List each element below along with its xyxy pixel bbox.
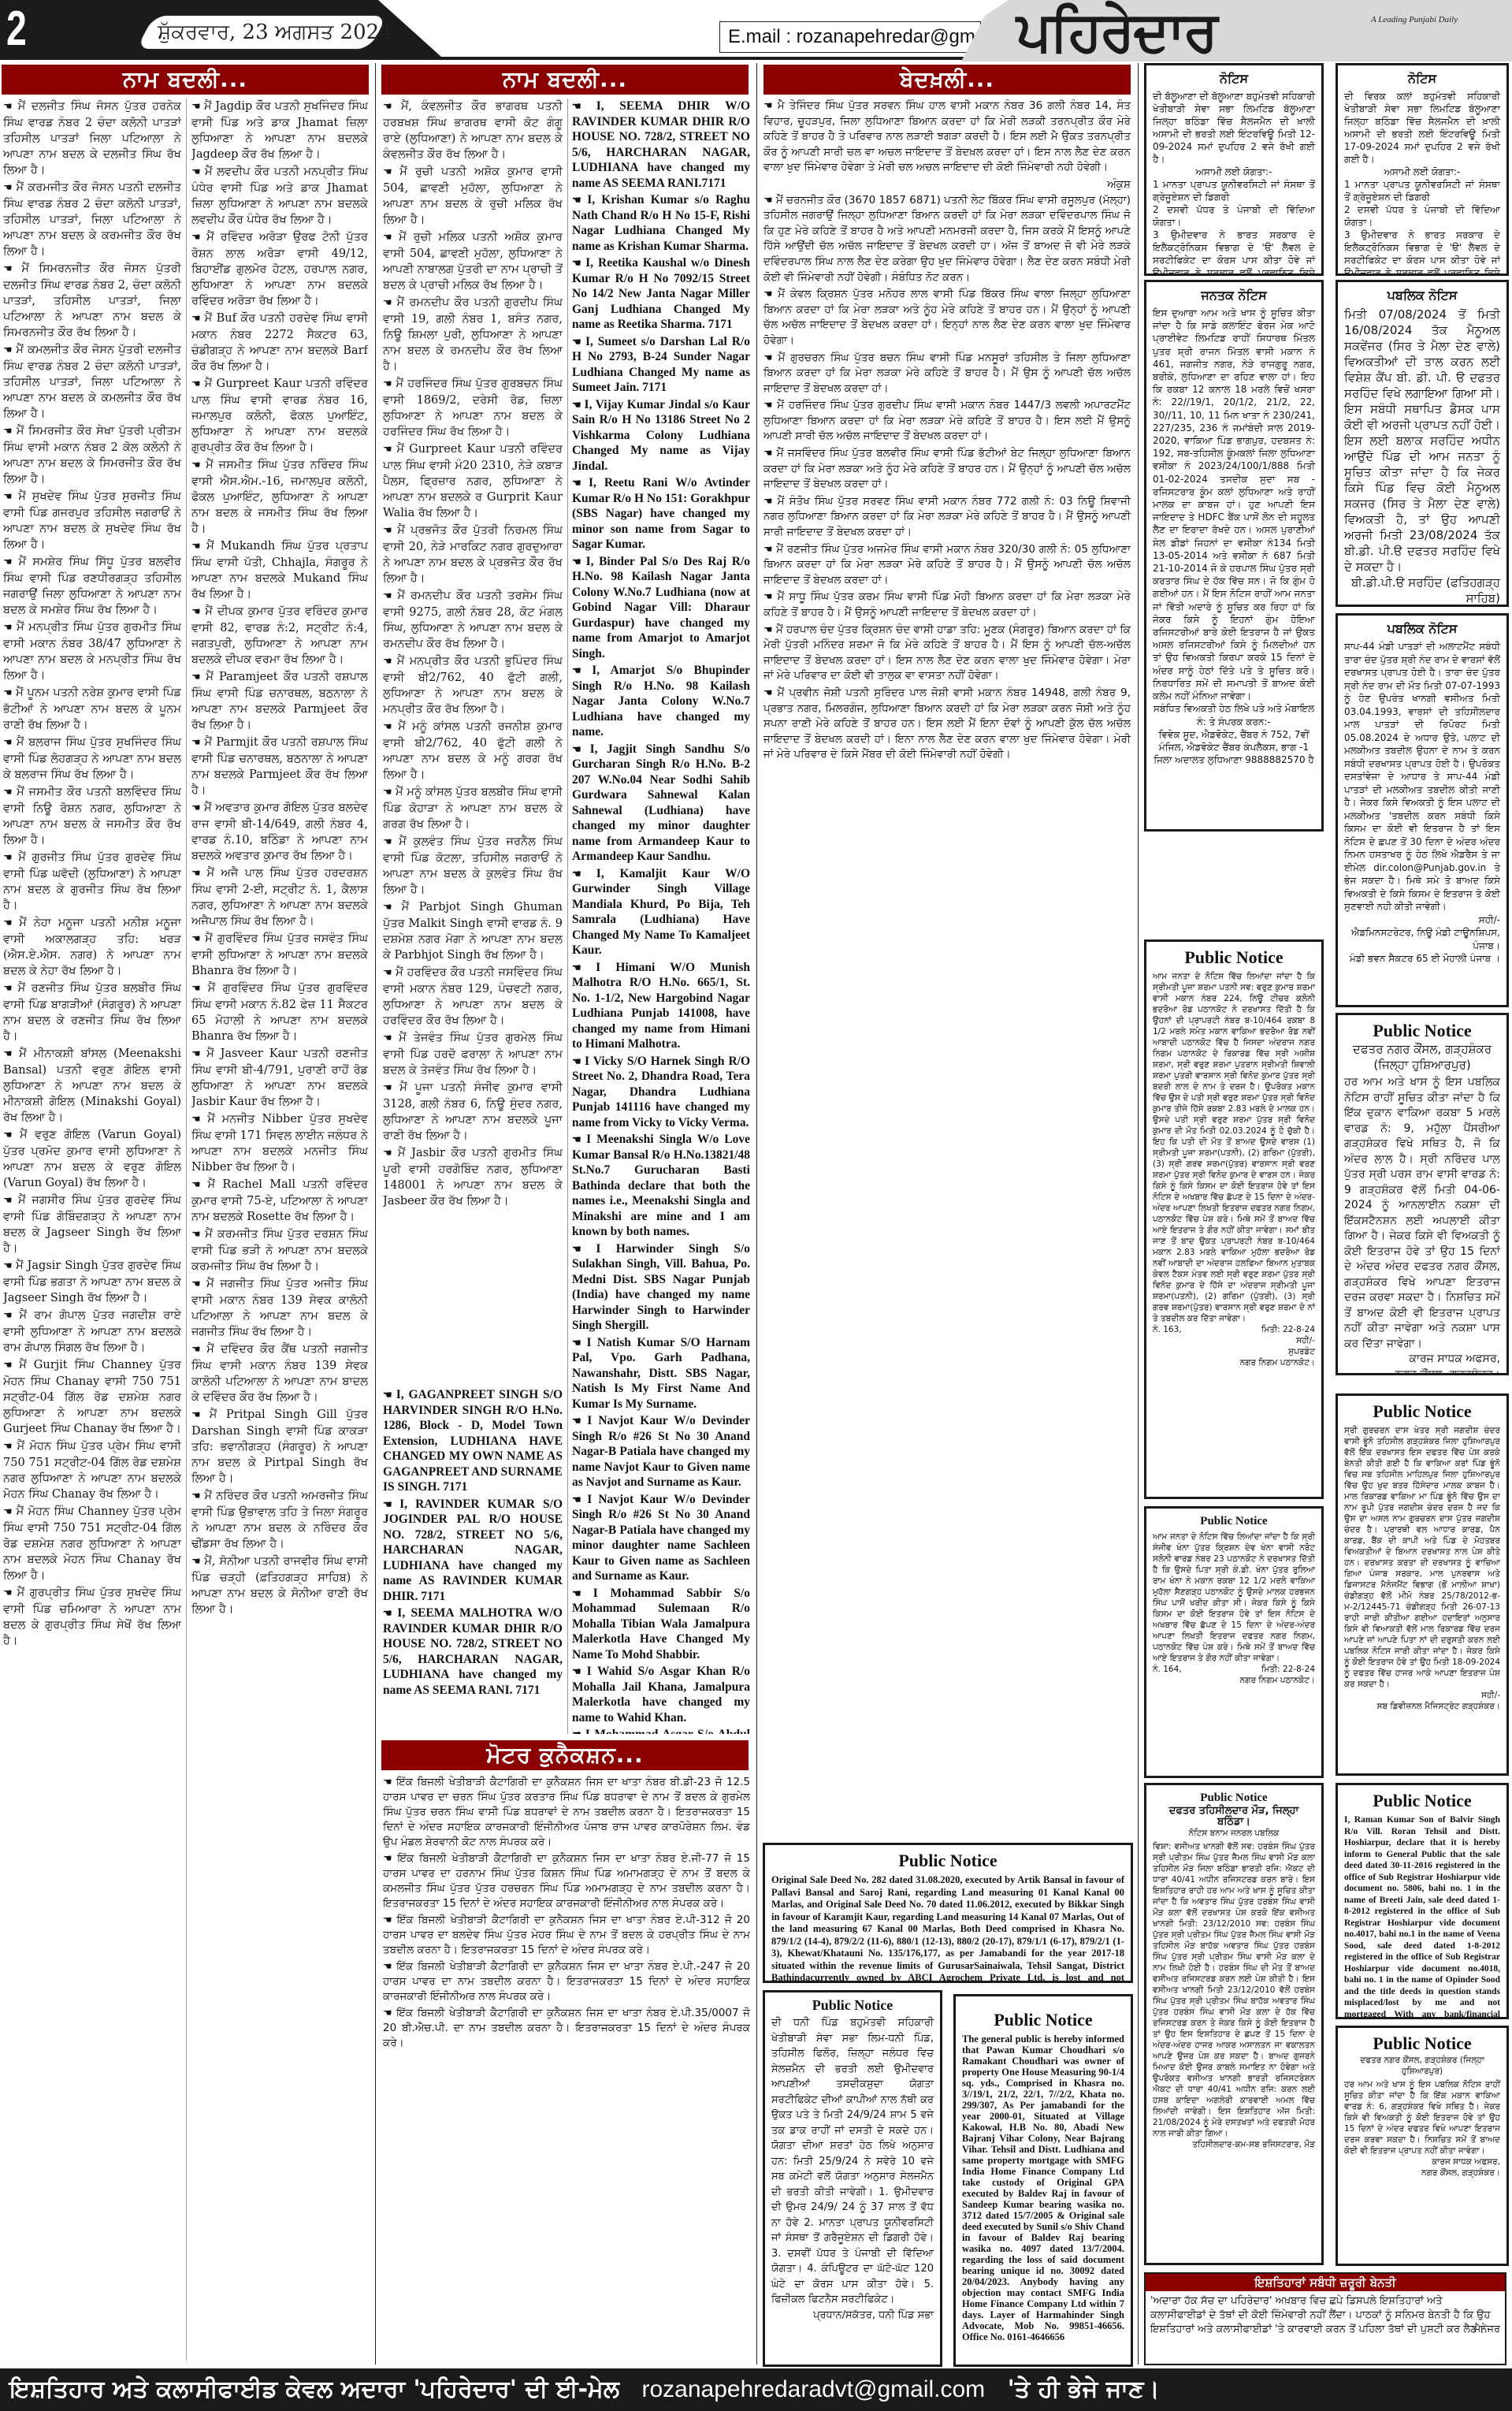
list-item: I Wahid S/o Asgar Khan R/o Mohalla Jail … bbox=[572, 1664, 750, 1725]
notice-signature: ਕਾਰਜ ਸਾਧਕ ਅਫਸਰ, bbox=[1344, 1352, 1500, 1367]
notice-signature: ਪ੍ਰਧਾਨ/ਸਕੱਤਰ, ਧਨੀ ਪਿੰਡ ਸਭਾ bbox=[771, 2308, 934, 2324]
list-item: ਮੈਂ ਨਰਿੰਦਰ ਕੌਰ ਪਤਨੀ ਅਮਰਜੀਤ ਸਿੰਘ ਵਾਸੀ ਪਿੰ… bbox=[191, 1488, 368, 1552]
notice-signature: ਤਹਿਸੀਲਦਾਰ-ਕਮ-ਸਬ ਰਜਿਸਟਰਾਰ, ਮੌੜ bbox=[1153, 2139, 1315, 2150]
list-item: ਇੱਕ ਬਿਜਲੀ ਖੇਤੀਬਾੜੀ ਕੈਟਾਗਿਰੀ ਦਾ ਕੁਨੈਕਸ਼ਨ … bbox=[383, 1959, 750, 2004]
notice-title: Public Notice bbox=[1344, 1401, 1500, 1423]
list-item: ਮੈਂ ਮੋਹਨ ਸਿੰਘ Channey ਪੁੱਤਰ ਪ੍ਰੇਮ ਸਿੰਘ ਵ… bbox=[3, 1504, 181, 1583]
footer-text-before: ਇਸ਼ਤਿਹਾਰ ਅਤੇ ਕਲਾਸੀਫਾਈਡ ਕੇਵਲ ਅਦਾਰਾ 'ਪਹਿਰੇ… bbox=[9, 2376, 619, 2403]
list-item: I, Amarjot S/o Bhupinder Singh R/o H.No.… bbox=[572, 663, 750, 740]
notice-point: 2 ਦਸਵੀ ਪੱਧਰ ਤੇ ਪੰਜਾਬੀ ਦੀ ਵਿੱਦਿਆ ਯੋਗਤਾ। bbox=[1153, 203, 1315, 229]
list-item: ਮੈਂ ਸਿਮਰਨਜੀਤ ਕੌਰ ਜੋਸਨ ਪੁੱਤਰੀ ਦਲਜੀਤ ਸਿੰਘ … bbox=[3, 261, 181, 340]
list-item: ਮੈਂ ਸਿਮਰਜੀਤ ਕੌਰ ਸੇਖਾ ਪੁੱਤਰੀ ਪ੍ਰੀਤਮ ਸਿੰਘ … bbox=[3, 423, 181, 487]
notice-body: ਹਰ ਆਮ ਅਤੇ ਖਾਸ ਨੂੰ ਇਸ ਪਬਲਿਕ ਨੋਟਿਸ ਰਾਹੀਂ ਸ… bbox=[1344, 1075, 1500, 1352]
public-notice-dhani-pind: Public Notice ਦੀ ਧਨੀ ਪਿੰਡ ਬਹੁਮੰਤਵੀ ਸਹਿਕਾ… bbox=[763, 1990, 942, 2367]
notice-contact: ਵਿਵੇਕ ਸੂਦ, ਐਡਵੋਕੇਟ, ਚੈਂਬਰ ਨੰ 752, 7ਵੀਂ ਮ… bbox=[1153, 728, 1315, 767]
list-item: I, Binder Pal S/o Des Raj R/o H.No. 98 K… bbox=[572, 554, 750, 662]
notice-point: 3 ਉਮੀਦਵਾਰ ਨੇ ਭਾਰਤ ਸਰਕਾਰ ਦੇ ਇਲੈਕਟ੍ਰੋਨਿਕਸ … bbox=[1153, 229, 1315, 276]
list-item: ਮੈਂ ਕੇਵਲ ਕ੍ਰਿਸ਼ਨ ਪੁੱਤਰ ਮਨੋਹਰ ਲਾਲ ਵਾਸੀ ਪਿ… bbox=[763, 287, 1131, 348]
notice-subtitle-2: ਨੋਟਿਸ ਬਨਾਮ ਜਨਰਲ ਪਬਲਿਕ bbox=[1153, 1828, 1315, 1839]
list-item: ਮੈਂ ਰਣਜੀਤ ਸਿੰਘ ਪੁੱਤਰ ਬਲਬੀਰ ਸਿੰਘ ਵਾਸੀ ਪਿੰ… bbox=[3, 980, 181, 1044]
list-item: ਮੈਂ Jasveer Kaur ਪਤਨੀ ਰਣਜੀਤ ਸਿੰਘ ਵਾਸੀ ਬੀ… bbox=[191, 1046, 368, 1110]
list-item: ਮੈਂ ਲਵਦੀਪ ਕੌਰ ਪਤਨੀ ਮਨਪ੍ਰੀਤ ਸਿੰਘ ਪੰਧੇਰ ਵਾ… bbox=[191, 164, 368, 228]
notice-point: 1 ਮਾਨਤਾ ਪ੍ਰਾਪਤ ਯੂਨੀਵਰਸਿਟੀ ਜਾਂ ਸੰਸਥਾ ਤੋਂ … bbox=[1153, 178, 1315, 203]
notice-title: ਪਬਲਿਕ ਨੋਟਿਸ bbox=[1344, 287, 1500, 304]
notice-body: ਹਰ ਆਮ ਅਤੇ ਖਾਸ ਨੂੰ ਇਸ ਪਬਲਿਕ ਨੋਟਿਸ ਰਾਹੀਂ ਸ… bbox=[1344, 2079, 1500, 2156]
list-item: ਇੱਕ ਬਿਜਲੀ ਖੇਤੀਬਾੜੀ ਕੈਟਾਗਿਰੀ ਦਾ ਕੁਨੈਕਸ਼ਨ … bbox=[383, 1913, 750, 1958]
list-item: I, Vijay Kumar Jindal s/o Kaur Sain R/o … bbox=[572, 397, 750, 474]
list-item: ਮੈਂ Buf ਕੌਰ ਪਤਨੀ ਹਰਦੇਵ ਸਿੰਘ ਵਾਸੀ ਮਕਾਨ ਨੰ… bbox=[191, 311, 368, 374]
section-header-motor-connection: ਮੋਟਰ ਕੁਨੈਕਸ਼ਨ... bbox=[381, 1740, 749, 1770]
list-item: ਮੈਂ ਰੁਚੀ ਮਲਿਕ ਪਤਨੀ ਅਸ਼ੋਕ ਕੁਮਾਰ ਵਾਸੀ 504,… bbox=[383, 229, 563, 293]
list-item: I, RAVINDER KUMAR S/O JOGINDER PAL R/O H… bbox=[383, 1497, 563, 1605]
section-header-name-change-1: ਨਾਮ ਬਦਲੀ... bbox=[2, 65, 369, 95]
list-item: ਮੈਂ ਕਰਮਜੀਤ ਕੌਰ ਜੋਸਨ ਪਤਨੀ ਦਲਜੀਤ ਸਿੰਘ ਵਾਰਡ… bbox=[3, 180, 181, 259]
list-item: ਮੈਂ ਮਨਪ੍ਰੀਤ ਕੌਰ ਪਤਨੀ ਭੁਪਿੰਦਰ ਸਿੰਘ ਵਾਸੀ ਬ… bbox=[383, 653, 563, 717]
list-item: ਮੈਂ ਰਣਜੀਤ ਸਿੰਘ ਪੁੱਤਰ ਅਜਮੇਰ ਸਿੰਘ ਵਾਸੀ ਮਕਾ… bbox=[763, 542, 1131, 589]
list-item: ਮੈਂ ਗੁਰਪ੍ਰੀਤ ਸਿੰਘ ਪੁੱਤਰ ਸੁਖਦੇਵ ਸਿੰਘ ਵਾਸੀ… bbox=[3, 1585, 181, 1649]
list-item: ਮੈਂ ਸਾਧੂ ਸਿੰਘ ਪੁੱਤਰ ਕਰਮ ਸਿੰਘ ਵਾਸੀ ਪਿੰਡ ਮ… bbox=[763, 590, 1131, 620]
list-item: ਮੈਂ ਕਮਲਜੀਤ ਕੌਰ ਜੋਸਨ ਪੁੱਤਰੀ ਦਲਜੀਤ ਸਿੰਘ ਵਾ… bbox=[3, 342, 181, 422]
list-item: ਮੈਂ Gurpreet Kaur ਪਤਨੀ ਰਵਿੰਦਰ ਪਾਲ ਸਿੰਘ ਵ… bbox=[383, 441, 563, 521]
section-header-eviction: ਬੇਦਖ਼ਲੀ... bbox=[763, 65, 1131, 95]
page-number: 2 bbox=[6, 2, 27, 57]
notice-point: 2 ਦਸਵੀ ਪੱਧਰ ਤੇ ਪੰਜਾਬੀ ਦੀ ਵਿੱਦਿਆ ਯੋਗਤਾ। bbox=[1344, 203, 1500, 229]
notice-ref-number: ਨੰ. 164, bbox=[1153, 1664, 1182, 1675]
list-item: ਮੈ ਤੇਜਿੰਦਰ ਸਿੰਘ ਪੁੱਤਰ ਸਰਵਨ ਸਿੰਘ ਹਾਲ ਵਾਸੀ… bbox=[763, 99, 1131, 176]
notice-bhalluana-recruitment: ਨੋਟਿਸ ਦੀ ਬੱਲੂਆਣਾ ਦੀ ਬੱਲੂਆਣਾ ਬਹੁਮੰਤਵੀ ਸਹਿ… bbox=[1144, 63, 1324, 276]
notice-signature: ਸਹੀ/- bbox=[1153, 1335, 1315, 1346]
public-notice-pathankot-2: Public Notice ਆਮ ਜਨਤਾ ਦੇ ਨੋਟਿਸ ਵਿੱਚ ਲਿਆਂ… bbox=[1144, 1506, 1324, 1778]
list-item: ਮੈਂ ਰਵਿੰਦਰ ਅਰੋੜਾ ਉਰਫ ਟੋਨੀ ਪੁੱਤਰ ਰੋਸ਼ਨ ਲਾ… bbox=[191, 229, 368, 309]
public-notice-garhshankar-2: Public Notice ਸ੍ਰੀ ਗੁਰਚਰਨ ਦਾਸ ਖੇਤਰ ਸ੍ਰੀ … bbox=[1336, 1393, 1509, 1776]
list-item: ਮੈਂ ਰਾਮ ਗੋਪਾਲ ਪੁੱਤਰ ਜਗਦੀਸ਼ ਰਾਏ ਵਾਸੀ ਲੁਧਿ… bbox=[3, 1308, 181, 1356]
column-divider bbox=[375, 63, 376, 2364]
section-header-name-change-2: ਨਾਮ ਬਦਲੀ... bbox=[381, 65, 749, 95]
column-divider bbox=[567, 99, 568, 1734]
public-notice-garhshankar-3: Public Notice ਦਫਤਰ ਨਗਰ ਕੌਂਸਲ, ਗੜ੍ਹਸ਼ੰਕਰ … bbox=[1336, 2026, 1509, 2266]
notice-title: Public Notice bbox=[771, 1997, 934, 2013]
notice-title: Public Notice bbox=[1153, 947, 1315, 969]
list-item: ਮੈਂ Gurpreet Kaur ਪਤਨੀ ਰਵਿੰਦਰ ਪਾਲ ਸਿੰਘ ਵ… bbox=[191, 376, 368, 456]
notice-body: I, Raman Kumar Son of Balvir Singh R/o V… bbox=[1344, 1814, 1500, 2019]
notice-signature: ਸਹੀ/- bbox=[1344, 913, 1500, 927]
list-item: ਮੈਂ ਸੰਤੋਖ ਸਿੰਘ ਪੁੱਤਰ ਸਰਵਣ ਸਿੰਘ ਵਾਸੀ ਮਕਾਨ… bbox=[763, 494, 1131, 541]
list-item: ਮੈਂ ਸੁਖਦੇਵ ਸਿੰਘ ਪੁੱਤਰ ਸੁਰਜੀਤ ਸਿੰਘ ਵਾਸੀ ਪ… bbox=[3, 489, 181, 553]
list-item: ਮੈਂ ਬਲਰਾਜ ਸਿੰਘ ਪੁੱਤਰ ਸੁਖਜਿੰਦਰ ਸਿੰਘ ਵਾਸੀ … bbox=[3, 735, 181, 783]
list-item: I, Sumeet s/o Darshan Lal R/o H No 2793,… bbox=[572, 334, 750, 396]
list-item: I, SEEMA MALHOTRA W/O RAVINDER KUMAR DHI… bbox=[383, 1605, 563, 1698]
list-item: ਮੈਂ ਅਜੈ ਪਾਲ ਸਿੰਘ ਪੁੱਤਰ ਹਰਦਰਸ਼ਨ ਸਿੰਘ ਵਾਸੀ… bbox=[191, 865, 368, 929]
list-item: ਮੈਂ ਤੇਜਵੰਤ ਸਿੰਘ ਪੁੱਤਰ ਗੁਰਮੇਲ ਸਿੰਘ ਵਾਸੀ ਪ… bbox=[383, 1030, 563, 1078]
list-item: I Natish Kumar S/O Harnam Pal, Vpo. Garh… bbox=[572, 1335, 750, 1412]
list-item: ਮੈਂ ਮਨੂੰ ਕਾਂਸਲ ਪਤਨੀ ਰਜਨੀਸ਼ ਕੁਮਾਰ ਵਾਸੀ ਬੀ… bbox=[383, 719, 563, 783]
name-change-column-2a: ਮੈਂ, ਕੰਵਲਜੀਤ ਕੌਰ ਭਾਗਰਥ ਪਤਨੀ ਹਰਬਖਸ਼ ਸਿੰਘ … bbox=[383, 99, 563, 1383]
notice-title: ਜਨਤਕ ਨੋਟਿਸ bbox=[1153, 287, 1315, 304]
list-item: ਮੈਂ Paramjeet ਕੌਰ ਪਤਨੀ ਰਸ਼ਪਾਲ ਸਿੰਘ ਵਾਸੀ … bbox=[191, 669, 368, 733]
list-item: I, Krishan Kumar s/o Raghu Nath Chand R/… bbox=[572, 192, 750, 254]
notice-body: ਸ੍ਰੀ ਗੁਰਚਰਨ ਦਾਸ ਖੇਤਰ ਸ੍ਰੀ ਜਗਦੀਸ਼ ਚੰਦਰ ਵਾ… bbox=[1344, 1425, 1500, 1690]
notice-subtitle: ਦਫਤਰ ਤਹਿਸੀਲਦਾਰ ਮੌੜ, ਜਿਲ੍ਹਾ ਬਠਿੰਡਾ। bbox=[1153, 1806, 1315, 1828]
public-notice-raman-kumar: Public Notice I, Raman Kumar Son of Balv… bbox=[1336, 1783, 1509, 2019]
notice-signature: ਨਗਰ ਨਿਗਮ ਪਠਾਨਕੋਟ। bbox=[1153, 1357, 1315, 1368]
public-notice-pawan-kumar: Public Notice The general public is here… bbox=[953, 1994, 1133, 2367]
list-item: ਮੈਂ ਗੁਰਵਿੰਦਰ ਸਿੰਘ ਪੁੱਤਰ ਜਸਵੰਤ ਸਿੰਘ ਵਾਸੀ … bbox=[191, 931, 368, 979]
list-item: ਮੈਂ Mukandh ਸਿੰਘ ਪੁੱਤਰ ਪ੍ਰਤਾਪ ਸਿੰਘ ਵਾਸੀ … bbox=[191, 538, 368, 602]
list-item: I, SEEMA DHIR W/O RAVINDER KUMAR DHIR R/… bbox=[572, 99, 750, 191]
notice-title: ਪਬਲਿਕ ਨੋਟਿਸ bbox=[1344, 620, 1500, 638]
notice-subheading: ਅਸਾਮੀ ਲਈ ਯੋਗਤਾ:- bbox=[1344, 166, 1500, 178]
notice-title: Public Notice bbox=[1153, 1513, 1315, 1529]
name-change-column-1a: ਮੈਂ ਦਲਜੀਤ ਸਿੰਘ ਜੋਸਨ ਪੁੱਤਰ ਹਰਨੇਕ ਸਿੰਘ ਵਾਰ… bbox=[3, 99, 181, 2361]
contact-email[interactable]: E.mail : rozanapehredar@gmail.com bbox=[719, 21, 981, 53]
notice-subtitle: ਦਫਤਰ ਨਗਰ ਕੌਂਸਲ, ਗੜ੍ਹਸ਼ੰਕਰ (ਜਿਲ੍ਹਾ ਹੁਸ਼ਿਆ… bbox=[1344, 1042, 1500, 1073]
notice-point: 1 ਮਾਨਤਾ ਪ੍ਰਾਪਤ ਯੂਨੀਵਰਸਿਟੀ ਜਾਂ ਸੰਸਥਾ ਤੋਂ … bbox=[1344, 178, 1500, 203]
disclaimer-text: 'ਅਦਾਰਾ ਹੱਕ ਸੱਚ ਦਾ ਪਹਿਰੇਦਾਰ' ਅਖ਼ਬਾਰ ਵਿਚ ਛ… bbox=[1150, 2295, 1491, 2335]
notice-body: The general public is hereby informed th… bbox=[962, 2033, 1124, 2342]
list-item: ਮੈਂ ਸਮਸ਼ੇਰ ਸਿੰਘ ਸਿੱਧੂ ਪੁੱਤਰ ਬਲਵੀਰ ਸਿੰਘ ਵ… bbox=[3, 554, 181, 618]
list-item: I Navjot Kaur W/o Devinder Singh R/o #26… bbox=[572, 1492, 750, 1584]
notice-signature: ਨਗਰ ਨਿਗਮ ਪਠਾਨਕੋਟ। bbox=[1153, 1675, 1315, 1686]
notice-title: Public Notice bbox=[962, 2009, 1124, 2031]
pablik-notice-sirhind: ਪਬਲਿਕ ਨੋਟਿਸ ਮਿਤੀ 07/08/2024 ਤੋਂ ਮਿਤੀ 16/… bbox=[1336, 280, 1509, 607]
list-item: ਮੈਂ Jagdip ਕੌਰ ਪਤਨੀ ਸੁਖਜਿੰਦਰ ਸਿੰਘ ਵਾਸੀ ਪ… bbox=[191, 99, 368, 162]
list-item: ਮੈਂ Gurjit ਸਿੰਘ Channey ਪੁੱਤਰ ਮੋਹਨ ਸਿੰਘ … bbox=[3, 1357, 181, 1437]
column-divider bbox=[186, 99, 187, 2361]
disclaimer-body: 'ਅਦਾਰਾ ਹੱਕ ਸੱਚ ਦਾ ਪਹਿਰੇਦਾਰ' ਅਖ਼ਬਾਰ ਵਿਚ ਛ… bbox=[1146, 2291, 1505, 2340]
notice-signature: ਸਹੀ/- bbox=[1344, 1690, 1500, 1701]
notice-body: ਵਿਸ਼ਾ: ਵਸੀਅਤ ਖਾਨਗੀ ਵੱਲੋਂ ਸਵ: ਹਰਬੰਸ ਸਿੰਘ … bbox=[1153, 1841, 1315, 2139]
list-item: ਮੈਂ ਰਮਨਦੀਪ ਕੌਰ ਪਤਨੀ ਤਰਸੇਮ ਸਿੰਘ ਵਾਸੀ 9275… bbox=[383, 588, 563, 652]
list-item: I Mohammad Asgar S/o Abdul Razaq R/o Moh… bbox=[572, 1727, 750, 1734]
list-item: ਮੈਂ ਹਰਪਾਲ ਚੰਦ ਪੁੱਤਰ ਕ੍ਰਿਸ਼ਨ ਚੰਦ ਵਾਸੀ ਹਾਡ… bbox=[763, 623, 1131, 684]
public-notice-axis-bank: Public Notice Original Sale Deed No. 282… bbox=[763, 1843, 1133, 1983]
list-item: ਮੈਂ ਮਨਜੀਤ Nibber ਪੁੱਤਰ ਸੁਖਦੇਵ ਸਿੰਘ ਵਾਸੀ … bbox=[191, 1111, 368, 1175]
list-item: ਮੈਂ ਹਰਜਿੰਦਰ ਸਿੰਘ ਪੁੱਤਰ ਗੁਰਬਚਨ ਸਿੰਘ ਵਾਸੀ … bbox=[383, 376, 563, 440]
footer-text-after: 'ਤੇ ਹੀ ਭੇਜੇ ਜਾਣ। bbox=[1008, 2376, 1160, 2403]
list-item: I Harwinder Singh S/o Sulakhan Singh, Vi… bbox=[572, 1241, 750, 1334]
footer-advt-email[interactable]: rozanapehredaradvt@gmail.com bbox=[642, 2376, 986, 2402]
advertisement-disclaimer: ਇਸ਼ਤਿਹਾਰਾਂ ਸਬੰਧੀ ਜ਼ਰੂਰੀ ਬੇਨਤੀ 'ਅਦਾਰਾ ਹੱਕ… bbox=[1144, 2272, 1506, 2365]
list-item: ਮੈਂ ਦਵਿੰਦਰ ਕੌਰ ਕੈਂਥ ਪਤਨੀ ਜਗਜੀਤ ਸਿੰਘ ਵਾਸੀ… bbox=[191, 1341, 368, 1405]
column-divider bbox=[756, 63, 757, 2364]
list-item: ਮੈਂ Jagsir Singh ਪੁੱਤਰ ਗੁਰਦੇਵ ਸਿੰਘ ਵਾਸੀ … bbox=[3, 1258, 181, 1306]
notice-virk-kalan-recruitment: ਨੋਟਿਸ ਦੀ ਵਿਰਕ ਕਲਾਂ ਬਹੁਮੰਤਵੀ ਸਹਿਕਾਰੀ ਖੇਤੀ… bbox=[1336, 63, 1509, 276]
list-item: I Navjot Kaur W/o Devinder Singh R/o #26… bbox=[572, 1413, 750, 1490]
list-item: ਮੈਂ ਜਸਮੀਤ ਕੌਰ ਪਤਨੀ ਬਲਵਿੰਦਰ ਸਿੰਘ ਵਾਸੀ ਨਿਊ… bbox=[3, 784, 181, 848]
notice-title: ਨੋਟਿਸ bbox=[1344, 70, 1500, 87]
list-item: ਮੈਂ ਕਰਮਜੀਤ ਸਿੰਘ ਪੁੱਤਰ ਦਰਸ਼ਨ ਸਿੰਘ ਵਾਸੀ ਪਿ… bbox=[191, 1226, 368, 1274]
notice-signature: ਐਡਮਿਨਸਟਰੇਟਰ, ਨਿਊ ਮੰਡੀ ਟਾਊਨਸ਼ਿਪਸ, ਪੰਜਾਬ। bbox=[1344, 926, 1500, 952]
notice-signature: ਮੰਡੀ ਭਵਨ ਸੈਕਟਰ 65 ਈ ਮੋਹਾਲੀ ਪੰਜਾਬ । bbox=[1344, 952, 1500, 966]
list-item: ਮੈਂ ਕੁਲਵੰਤ ਸਿੰਘ ਪੁੱਤਰ ਜਰਨੈਲ ਸਿੰਘ ਵਾਸੀ ਪਿ… bbox=[383, 834, 563, 898]
list-item: I, Jagjit Singh Sandhu S/o Gurcharan Sin… bbox=[572, 742, 750, 865]
janatak-notice-hdfc: ਜਨਤਕ ਨੋਟਿਸ ਇਸ ਦੁਆਰਾ ਆਮ ਅਤੇ ਖਾਸ ਨੂੰ ਸੂਚਿਤ… bbox=[1144, 280, 1324, 832]
masthead-header: 2 ਸ਼ੁੱਕਰਵਾਰ, 23 ਅਗਸਤ 2024 E.mail : rozan… bbox=[0, 0, 1512, 58]
notice-ref-row: ਨੰ. 164, ਮਿਤੀ: 22-8-24 bbox=[1153, 1664, 1315, 1675]
list-item: ਮੈਂ Parmjit ਕੌਰ ਪਤਨੀ ਰਸ਼ਪਾਲ ਸਿੰਘ ਵਾਸੀ ਪਿ… bbox=[191, 735, 368, 798]
list-item: I Vicky S/O Harnek Singh R/O Street No. … bbox=[572, 1054, 750, 1131]
notice-body: ਆਮ ਜਨਤਾ ਦੇ ਨੋਟਿਸ ਵਿੱਚ ਲਿਆਂਦਾ ਜਾਂਦਾ ਹੈ ਕਿ… bbox=[1153, 971, 1315, 1324]
notice-contact-label: ਸਬੰਧਿਤ ਵਿਅਕਤੀ ਹੇਠ ਲਿਖੇ ਪਤੇ ਅਤੇ ਮੋਬਾਇਲ ਨੰ… bbox=[1153, 702, 1315, 727]
notice-signature: ਸਬ ਡਿਵੀਜ਼ਨਲ ਮੈਜਿਸਟ੍ਰੇਟ ਗੜ੍ਹਸ਼ੰਕਰ। bbox=[1344, 1701, 1500, 1712]
list-item: ਮੈਂ ਪ੍ਰਭਜੋਤ ਕੌਰ ਪੁੱਤਰੀ ਨਿਰਮਲ ਸਿੰਘ ਵਾਸੀ 2… bbox=[383, 523, 563, 586]
list-item: ਮੈਂ ਮਨੂੰ ਕਾਂਸਲ ਪੁੱਤਰ ਬਲਬੀਰ ਸਿੰਘ ਵਾਸੀ ਪਿੰ… bbox=[383, 784, 563, 832]
list-item: ਮੈਂ Jasbir ਕੌਰ ਪਤਨੀ ਗੁਰਮੀਤ ਸਿੰਘ ਪੂਰੀ ਵਾਸ… bbox=[383, 1145, 563, 1209]
list-item: ਮੈਂ ਪੂਨਮ ਪਤਨੀ ਨਰੇਸ਼ ਕੁਮਾਰ ਵਾਸੀ ਪਿੰਡ ਭੱਟੀ… bbox=[3, 685, 181, 733]
notice-signature: ਅੰਕੁਸ਼ bbox=[763, 177, 1131, 193]
list-item: I Himani W/O Munish Malhotra R/O H.No. 6… bbox=[572, 960, 750, 1052]
notice-signature: ਬੀ.ਡੀ.ਪੀ.ੳ ਸਰਹਿੰਦ (ਫਤਿਹਗੜ੍ਹ ਸਾਹਿਬ) bbox=[1344, 575, 1500, 606]
notice-subtitle: ਦਫਤਰ ਨਗਰ ਕੌਂਸਲ, ਗੜ੍ਹਸ਼ੰਕਰ (ਜਿਲ੍ਹਾ ਹੁਸ਼ਿਆ… bbox=[1344, 2055, 1500, 2077]
disclaimer-title: ਇਸ਼ਤਿਹਾਰਾਂ ਸਬੰਧੀ ਜ਼ਰੂਰੀ ਬੇਨਤੀ bbox=[1146, 2274, 1505, 2291]
notice-ref-number: ਨੰ. 163, bbox=[1153, 1324, 1182, 1335]
list-item: ਮੈਂ ਜਸਮੀਤ ਸਿੰਘ ਪੁੱਤਰ ਨਰਿੰਦਰ ਸਿੰਘ ਵਾਸੀ ਐਸ… bbox=[191, 457, 368, 537]
notice-title: Public Notice bbox=[1153, 1790, 1315, 1806]
list-item: ਮੈਂ ਜਗਜੀਤ ਸਿੰਘ ਪੁੱਤਰ ਅਜੀਤ ਸਿੰਘ ਵਾਸੀ ਮਕਾਨ… bbox=[191, 1276, 368, 1340]
public-notice-tehsildar-maur: Public Notice ਦਫਤਰ ਤਹਿਸੀਲਦਾਰ ਮੌੜ, ਜਿਲ੍ਹਾ… bbox=[1144, 1783, 1324, 2265]
list-item: ਇੱਕ ਬਿਜਲੀ ਖੇਤੀਬਾੜੀ ਕੈਟਾਗਿਰੀ ਦਾ ਕੁਨੈਕਸ਼ਨ … bbox=[383, 2006, 750, 2051]
header-rule bbox=[0, 57, 969, 60]
list-item: ਇੱਕ ਬਿਜਲੀ ਖੇਤੀਬਾੜੀ ਕੈਟਾਗਿਰੀ ਦਾ ਕੁਨੈਕਸ਼ਨ … bbox=[383, 1851, 750, 1911]
list-item: ਮੈਂ ਮੀਨਾਕਸ਼ੀ ਬਾਂਸਲ (Meenakshi Bansal) ਪਤ… bbox=[3, 1046, 181, 1126]
notice-body: ਇਸ ਦੁਆਰਾ ਆਮ ਅਤੇ ਖਾਸ ਨੂੰ ਸੂਚਿਤ ਕੀਤਾ ਜਾਂਦਾ… bbox=[1153, 307, 1315, 702]
list-item: I Meenakshi Singla W/o Love Kumar Bansal… bbox=[572, 1132, 750, 1240]
notice-subheading: ਅਸਾਮੀ ਲਈ ਯੋਗਤਾ:- bbox=[1153, 166, 1315, 178]
list-item: ਇੱਕ ਬਿਜਲੀ ਖੇਤੀਬਾੜੀ ਕੈਟਾਗਿਰੀ ਦਾ ਕੁਨੈਕਸ਼ਨ … bbox=[383, 1775, 750, 1850]
name-change-column-2a-english: I, GAGANPREET SINGH S/O HARVINDER SINGH … bbox=[383, 1387, 563, 1734]
notice-body: ਮਿਤੀ 07/08/2024 ਤੋਂ ਮਿਤੀ 16/08/2024 ਤੱਕ … bbox=[1344, 307, 1500, 575]
notice-signature: ਨਗਰ ਕੌਂਸਲ, ਗੜ੍ਹਸ਼ੰਕਰ। bbox=[1344, 2167, 1500, 2178]
footer-banner: ਇਸ਼ਤਿਹਾਰ ਅਤੇ ਕਲਾਸੀਫਾਈਡ ਕੇਵਲ ਅਦਾਰਾ 'ਪਹਿਰੇ… bbox=[0, 2368, 1512, 2411]
list-item: ਮੈਂ Pritpal Singh Gill ਪੁੱਤਰ Darshan Sin… bbox=[191, 1407, 368, 1486]
motor-connection-column: ਇੱਕ ਬਿਜਲੀ ਖੇਤੀਬਾੜੀ ਕੈਟਾਗਿਰੀ ਦਾ ਕੁਨੈਕਸ਼ਨ … bbox=[383, 1775, 750, 2362]
issue-date: ਸ਼ੁੱਕਰਵਾਰ, 23 ਅਗਸਤ 2024 bbox=[158, 19, 392, 46]
notice-body: Original Sale Deed No. 282 dated 31.08.2… bbox=[771, 1874, 1124, 1983]
list-item: ਮੈਂ ਨੇਹਾ ਮਨੂਜਾ ਪਤਨੀ ਮਨੀਸ਼ ਮਨੂਜਾ ਵਾਸੀ ਅਕਾ… bbox=[3, 915, 181, 979]
notice-point: 3 ਉਮੀਦਵਾਰ ਨੇ ਭਾਰਤ ਸਰਕਾਰ ਦੇ ਇਲੈਕਟ੍ਰੋਨਿਕਸ … bbox=[1344, 229, 1500, 276]
list-item: ਮੈਂ ਦਲਜੀਤ ਸਿੰਘ ਜੋਸਨ ਪੁੱਤਰ ਹਰਨੇਕ ਸਿੰਘ ਵਾਰ… bbox=[3, 99, 181, 178]
notice-title: Public Notice bbox=[771, 1850, 1124, 1872]
public-notice-garhshankar-1: Public Notice ਦਫਤਰ ਨਗਰ ਕੌਂਸਲ, ਗੜ੍ਹਸ਼ੰਕਰ … bbox=[1336, 1013, 1509, 1375]
notice-body: ਸਾਪ-44 ਮੰਡੀ ਪਾਤੜਾਂ ਦੀ ਅਲਾਟਮੈਂਟ ਸਬੰਧੀ ਤਾਰ… bbox=[1344, 640, 1500, 913]
list-item: ਮੈਂ ਮੋਹਨ ਸਿੰਘ ਪੁੱਤਰ ਪ੍ਰੇਮ ਸਿੰਘ ਵਾਸੀ 750 … bbox=[3, 1438, 181, 1502]
name-change-column-2b-english: I, SEEMA DHIR W/O RAVINDER KUMAR DHIR R/… bbox=[572, 99, 750, 1734]
list-item: I, Reetu Rani W/o Avtinder Kumar R/o H N… bbox=[572, 475, 750, 553]
list-item: ਮੈਂ, ਕੰਵਲਜੀਤ ਕੌਰ ਭਾਗਰਥ ਪਤਨੀ ਹਰਬਖਸ਼ ਸਿੰਘ … bbox=[383, 99, 563, 162]
list-item: ਮੈਂ ਰੁਚੀ ਪਤਨੀ ਅਸ਼ੋਕ ਕੁਮਾਰ ਵਾਸੀ 504, ਛਾਵਣ… bbox=[383, 164, 563, 228]
public-notice-pathankot-1: Public Notice ਆਮ ਜਨਤਾ ਦੇ ਨੋਟਿਸ ਵਿੱਚ ਲਿਆਂ… bbox=[1144, 939, 1324, 1499]
notice-date: ਮਿਤੀ: 22-8-24 bbox=[1261, 1664, 1315, 1675]
list-item: ਮੈਂ ਹਰਜਿੰਦਰ ਸਿੰਘ ਪੁੱਤਰ ਗੁਰਦੀਪ ਸਿੰਘ ਵਾਸੀ … bbox=[763, 398, 1131, 445]
list-item: ਮੈਂ ਪੂਜਾ ਪਤਨੀ ਸੰਜੀਵ ਕੁਮਾਰ ਵਾਸੀ 3128, ਗਲੀ… bbox=[383, 1080, 563, 1144]
list-item: ਮੈਂ ਰਮਨਦੀਪ ਕੌਰ ਪਤਨੀ ਗੁਰਦੀਪ ਸਿੰਘ ਵਾਸੀ 19,… bbox=[383, 295, 563, 374]
list-item: ਮੈਂ ਗੁਰਚਰਨ ਸਿੰਘ ਪੁੱਤਰ ਬਚਨ ਸਿੰਘ ਵਾਸੀ ਪਿੰਡ… bbox=[763, 351, 1131, 397]
notice-title: ਨੋਟਿਸ bbox=[1153, 70, 1315, 87]
pablik-notice-mandi-board: ਪਬਲਿਕ ਨੋਟਿਸ ਸਾਪ-44 ਮੰਡੀ ਪਾਤੜਾਂ ਦੀ ਅਲਾਟਮੈ… bbox=[1336, 613, 1509, 1007]
notice-body: ਦੀ ਵਿਰਕ ਕਲਾਂ ਬਹੁਮੰਤਵੀ ਸਹਿਕਾਰੀ ਖੇਤੀਬਾੜੀ ਸ… bbox=[1344, 90, 1500, 166]
list-item: ਮੈਂ ਵਰੁਣ ਗੋਇਲ (Varun Goyal) ਪੁੱਤਰ ਪ੍ਰਮੋਦ… bbox=[3, 1127, 181, 1191]
notice-body: ਦੀ ਧਨੀ ਪਿੰਡ ਬਹੁਮੰਤਵੀ ਸਹਿਕਾਰੀ ਖੇਤੀਬਾੜੀ ਸੇ… bbox=[771, 2015, 934, 2308]
notice-title: Public Notice bbox=[1344, 2033, 1500, 2055]
list-item: ਮੈਂ ਚਰਨਜੀਤ ਕੌਰ (3670 1857 6871) ਪਤਨੀ ਲੇਟ… bbox=[763, 193, 1131, 286]
list-item: ਮੈਂ ਗੁਰਵਿੰਦਰ ਸਿੰਘ ਪੁੱਤਰ ਗੁਰਵਿੰਦਰ ਸਿੰਘ ਵਾ… bbox=[191, 980, 368, 1044]
list-item: ਮੈਂ ਜਸਵਿੰਦਰ ਸਿੰਘ ਪੁੱਤਰ ਬਲਵੀਰ ਸਿੰਘ ਵਾਸੀ ਪ… bbox=[763, 446, 1131, 493]
notice-date: ਮਿਤੀ: 22-8-24 bbox=[1261, 1324, 1315, 1335]
list-item: ਮੈਂ ਦੀਪਕ ਕੁਮਾਰ ਪੁੱਤਰ ਵਰਿੰਦਰ ਕੁਮਾਰ ਵਾਸੀ 8… bbox=[191, 604, 368, 668]
list-item: ਮੈਂ ਗੁਰਜੀਤ ਸਿੰਘ ਪੁੱਤਰ ਗੁਰਦੇਵ ਸਿੰਘ ਵਾਸੀ ਪ… bbox=[3, 850, 181, 913]
column-divider bbox=[1138, 63, 1139, 2364]
notice-body: ਆਮ ਜਨਤਾ ਦੇ ਨੋਟਿਸ ਵਿੱਚ ਲਿਆਂਦਾ ਜਾਂਦਾ ਹੈ ਕਿ… bbox=[1153, 1531, 1315, 1664]
notice-signature: ਸੁਪਰਡੰਟ bbox=[1153, 1346, 1315, 1357]
list-item: I, GAGANPREET SINGH S/O HARVINDER SINGH … bbox=[383, 1387, 563, 1495]
list-item: ਮੈਂ, ਸੋਨੀਆ ਪਤਨੀ ਰਾਜਵੀਰ ਸਿੰਘ ਵਾਸੀ ਪਿੰਡ ਚੜ… bbox=[191, 1553, 368, 1617]
eviction-column: ਮੈ ਤੇਜਿੰਦਰ ਸਿੰਘ ਪੁੱਤਰ ਸਰਵਨ ਸਿੰਘ ਹਾਲ ਵਾਸੀ… bbox=[763, 99, 1131, 1836]
list-item: ਮੈਂ ਅਵਤਾਰ ਕੁਮਾਰ ਗੋਇਲ ਪੁੱਤਰ ਬਲਦੇਵ ਰਾਜ ਵਾਸ… bbox=[191, 800, 368, 864]
list-item: ਮੈਂ Parbjot Singh Ghuman ਪੁੱਤਰ Malkit Si… bbox=[383, 899, 563, 963]
notice-body: ਦੀ ਬੱਲੂਆਣਾ ਦੀ ਬੱਲੂਆਣਾ ਬਹੁਮੰਤਵੀ ਸਹਿਕਾਰੀ ਖ… bbox=[1153, 90, 1315, 166]
list-item: ਮੈਂ ਪ੍ਰਵੀਨ ਜੋਸ਼ੀ ਪਤਨੀ ਸੁਰਿੰਦਰ ਪਾਲ ਜੋਸ਼ੀ … bbox=[763, 686, 1131, 763]
list-item: I, Reetika Kaushal w/o Dinesh Kumar R/o … bbox=[572, 255, 750, 333]
list-item: ਮੈਂ ਹਰਵਿੰਦਰ ਕੌਰ ਪਤਨੀ ਜਸਵਿੰਦਰ ਸਿੰਘ ਵਾਸੀ ਮ… bbox=[383, 965, 563, 1029]
notice-signature: ਨਗਰ ਕੌਂਸਲ, ਗੜ੍ਹਸ਼ੰਕਰ। bbox=[1344, 1367, 1500, 1376]
list-item: I Mohammad Sabbir S/o Mohammad Sulemaan … bbox=[572, 1586, 750, 1663]
list-item: ਮੈਂ ਮਨਪ੍ਰੀਤ ਸਿੰਘ ਪੁੱਤਰ ਗੁਰਮੀਤ ਸਿੰਘ ਵਾਸੀ … bbox=[3, 619, 181, 683]
list-item: I, Kamaljit Kaur W/O Gurwinder Singh Vil… bbox=[572, 866, 750, 958]
notice-title: Public Notice bbox=[1344, 1790, 1500, 1812]
notice-ref-row: ਨੰ. 163, ਮਿਤੀ: 22-8-24 bbox=[1153, 1324, 1315, 1335]
list-item: ਮੈਂ Rachel Mall ਪਤਨੀ ਰਵਿੰਦਰ ਕੁਮਾਰ ਵਾਸੀ 7… bbox=[191, 1177, 368, 1225]
newspaper-logo: ਪਹਿਰੇਦਾਰ bbox=[1016, 0, 1217, 63]
newspaper-tagline: A Leading Punjabi Daily bbox=[1371, 14, 1458, 25]
notice-title: Public Notice bbox=[1344, 1020, 1500, 1042]
name-change-column-1b: ਮੈਂ Jagdip ਕੌਰ ਪਤਨੀ ਸੁਖਜਿੰਦਰ ਸਿੰਘ ਵਾਸੀ ਪ… bbox=[191, 99, 368, 2361]
notice-signature: ਕਾਰਜ ਸਾਧਕ ਅਫਸਰ, bbox=[1344, 2156, 1500, 2167]
list-item: ਮੈਂ ਜਗਸੀਰ ਸਿੰਘ ਪੁੱਤਰ ਗੁਰਦੇਵ ਸਿੰਘ ਵਾਸੀ ਪਿ… bbox=[3, 1192, 181, 1256]
